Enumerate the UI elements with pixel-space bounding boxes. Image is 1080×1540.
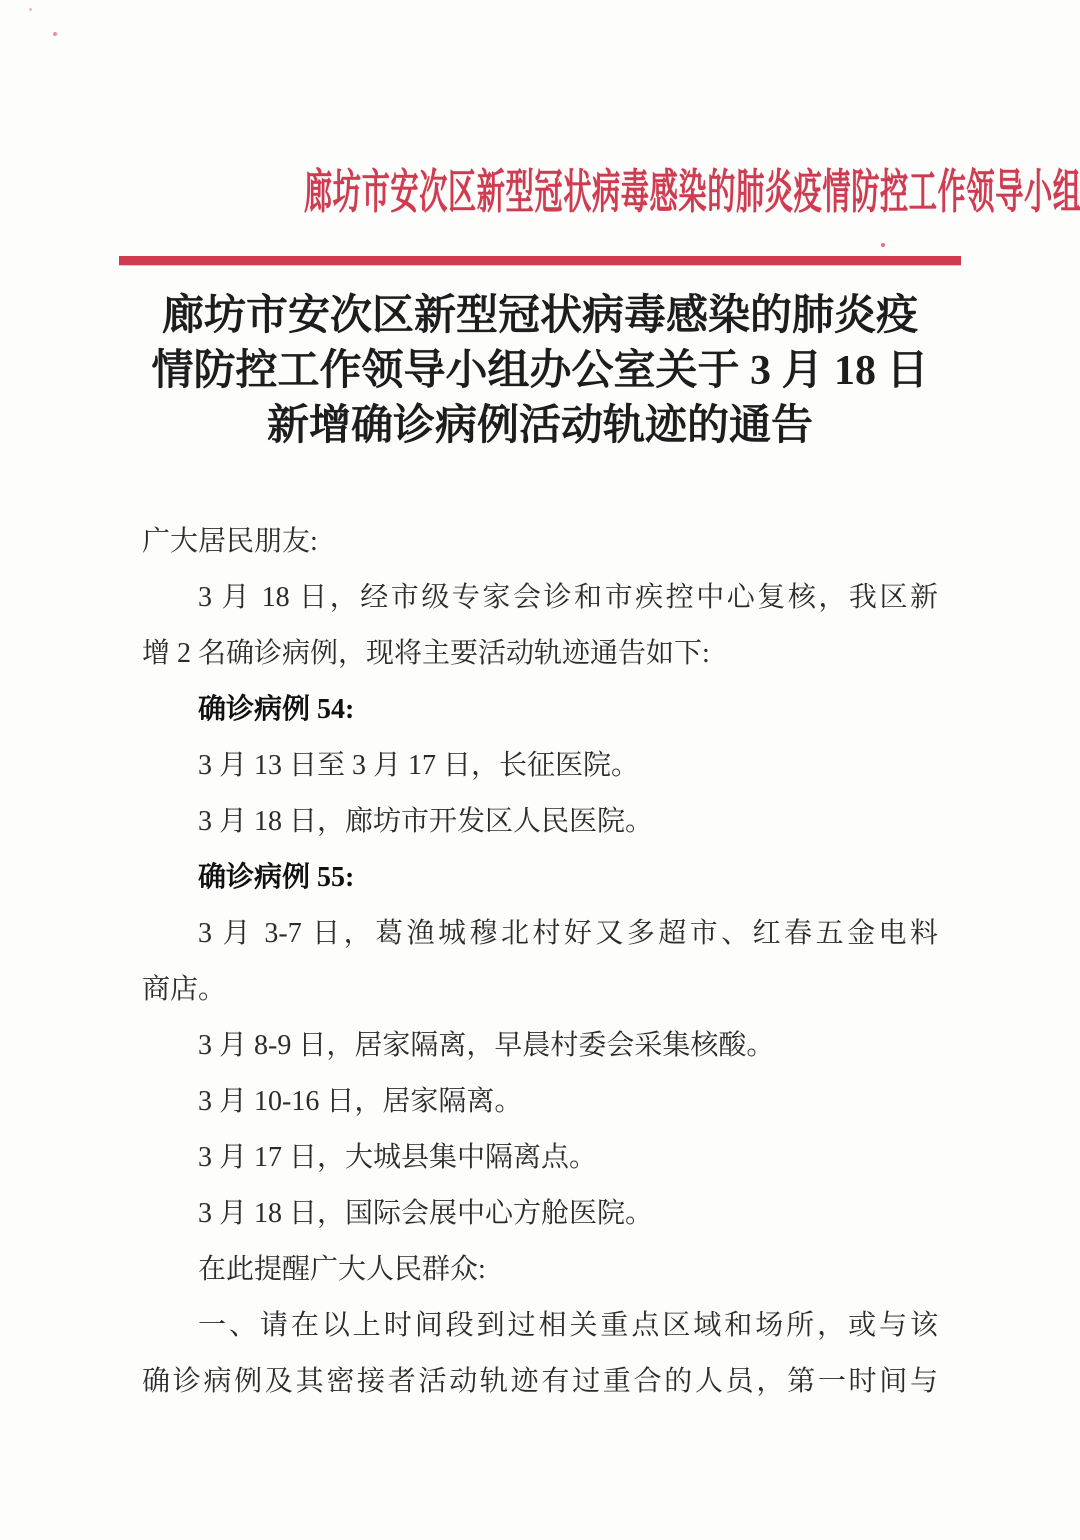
- body-line: 3 月 17 日，大城县集中隔离点。: [142, 1130, 938, 1186]
- body-lines: 广大居民朋友:3 月 18 日，经市级专家会诊和市疾控中心复核，我区新增 2 名…: [142, 514, 938, 1410]
- body-line: 3 月 18 日，廊坊市开发区人民医院。: [142, 794, 938, 850]
- body-line: 3 月 13 日至 3 月 17 日，长征医院。: [142, 738, 938, 794]
- body-line: 确诊病例 55:: [142, 850, 938, 906]
- letterhead-rule: [119, 256, 961, 265]
- body-line: 3 月 8-9 日，居家隔离，早晨村委会采集核酸。: [142, 1018, 938, 1074]
- body-line: 商店。: [142, 962, 938, 1018]
- scan-speck: [29, 8, 32, 11]
- document-title-line-1: 廊坊市安次区新型冠状病毒感染的肺炎疫: [0, 289, 1080, 344]
- body-line: 增 2 名确诊病例，现将主要活动轨迹通告如下:: [142, 626, 938, 682]
- body-line: 3 月 18 日，国际会展中心方舱医院。: [142, 1186, 938, 1242]
- body-line: 在此提醒广大人民群众:: [142, 1242, 938, 1298]
- scan-speck: [53, 32, 57, 36]
- scan-speck: [881, 243, 885, 247]
- body-line: 3 月 3-7 日，葛渔城穆北村好又多超市、红春五金电料: [142, 906, 938, 962]
- document-title: 廊坊市安次区新型冠状病毒感染的肺炎疫 情防控工作领导小组办公室关于 3 月 18…: [0, 289, 1080, 454]
- letterhead: 廊坊市安次区新型冠状病毒感染的肺炎疫情防控工作领导小组办公室: [0, 168, 1080, 220]
- document-title-line-3: 新增确诊病例活动轨迹的通告: [0, 399, 1080, 454]
- body-line: 确诊病例 54:: [142, 682, 938, 738]
- body-line: 确诊病例及其密接者活动轨迹有过重合的人员，第一时间与: [142, 1354, 938, 1410]
- body-line: 一、请在以上时间段到过相关重点区域和场所，或与该: [142, 1298, 938, 1354]
- body-line: 3 月 10-16 日，居家隔离。: [142, 1074, 938, 1130]
- body-line: 广大居民朋友:: [142, 514, 938, 570]
- body-line: 3 月 18 日，经市级专家会诊和市疾控中心复核，我区新: [142, 570, 938, 626]
- document-title-line-2: 情防控工作领导小组办公室关于 3 月 18 日: [0, 344, 1080, 399]
- letterhead-org-name: 廊坊市安次区新型冠状病毒感染的肺炎疫情防控工作领导小组办公室: [304, 168, 1080, 220]
- document-page: 廊坊市安次区新型冠状病毒感染的肺炎疫情防控工作领导小组办公室 廊坊市安次区新型冠…: [0, 0, 1080, 1540]
